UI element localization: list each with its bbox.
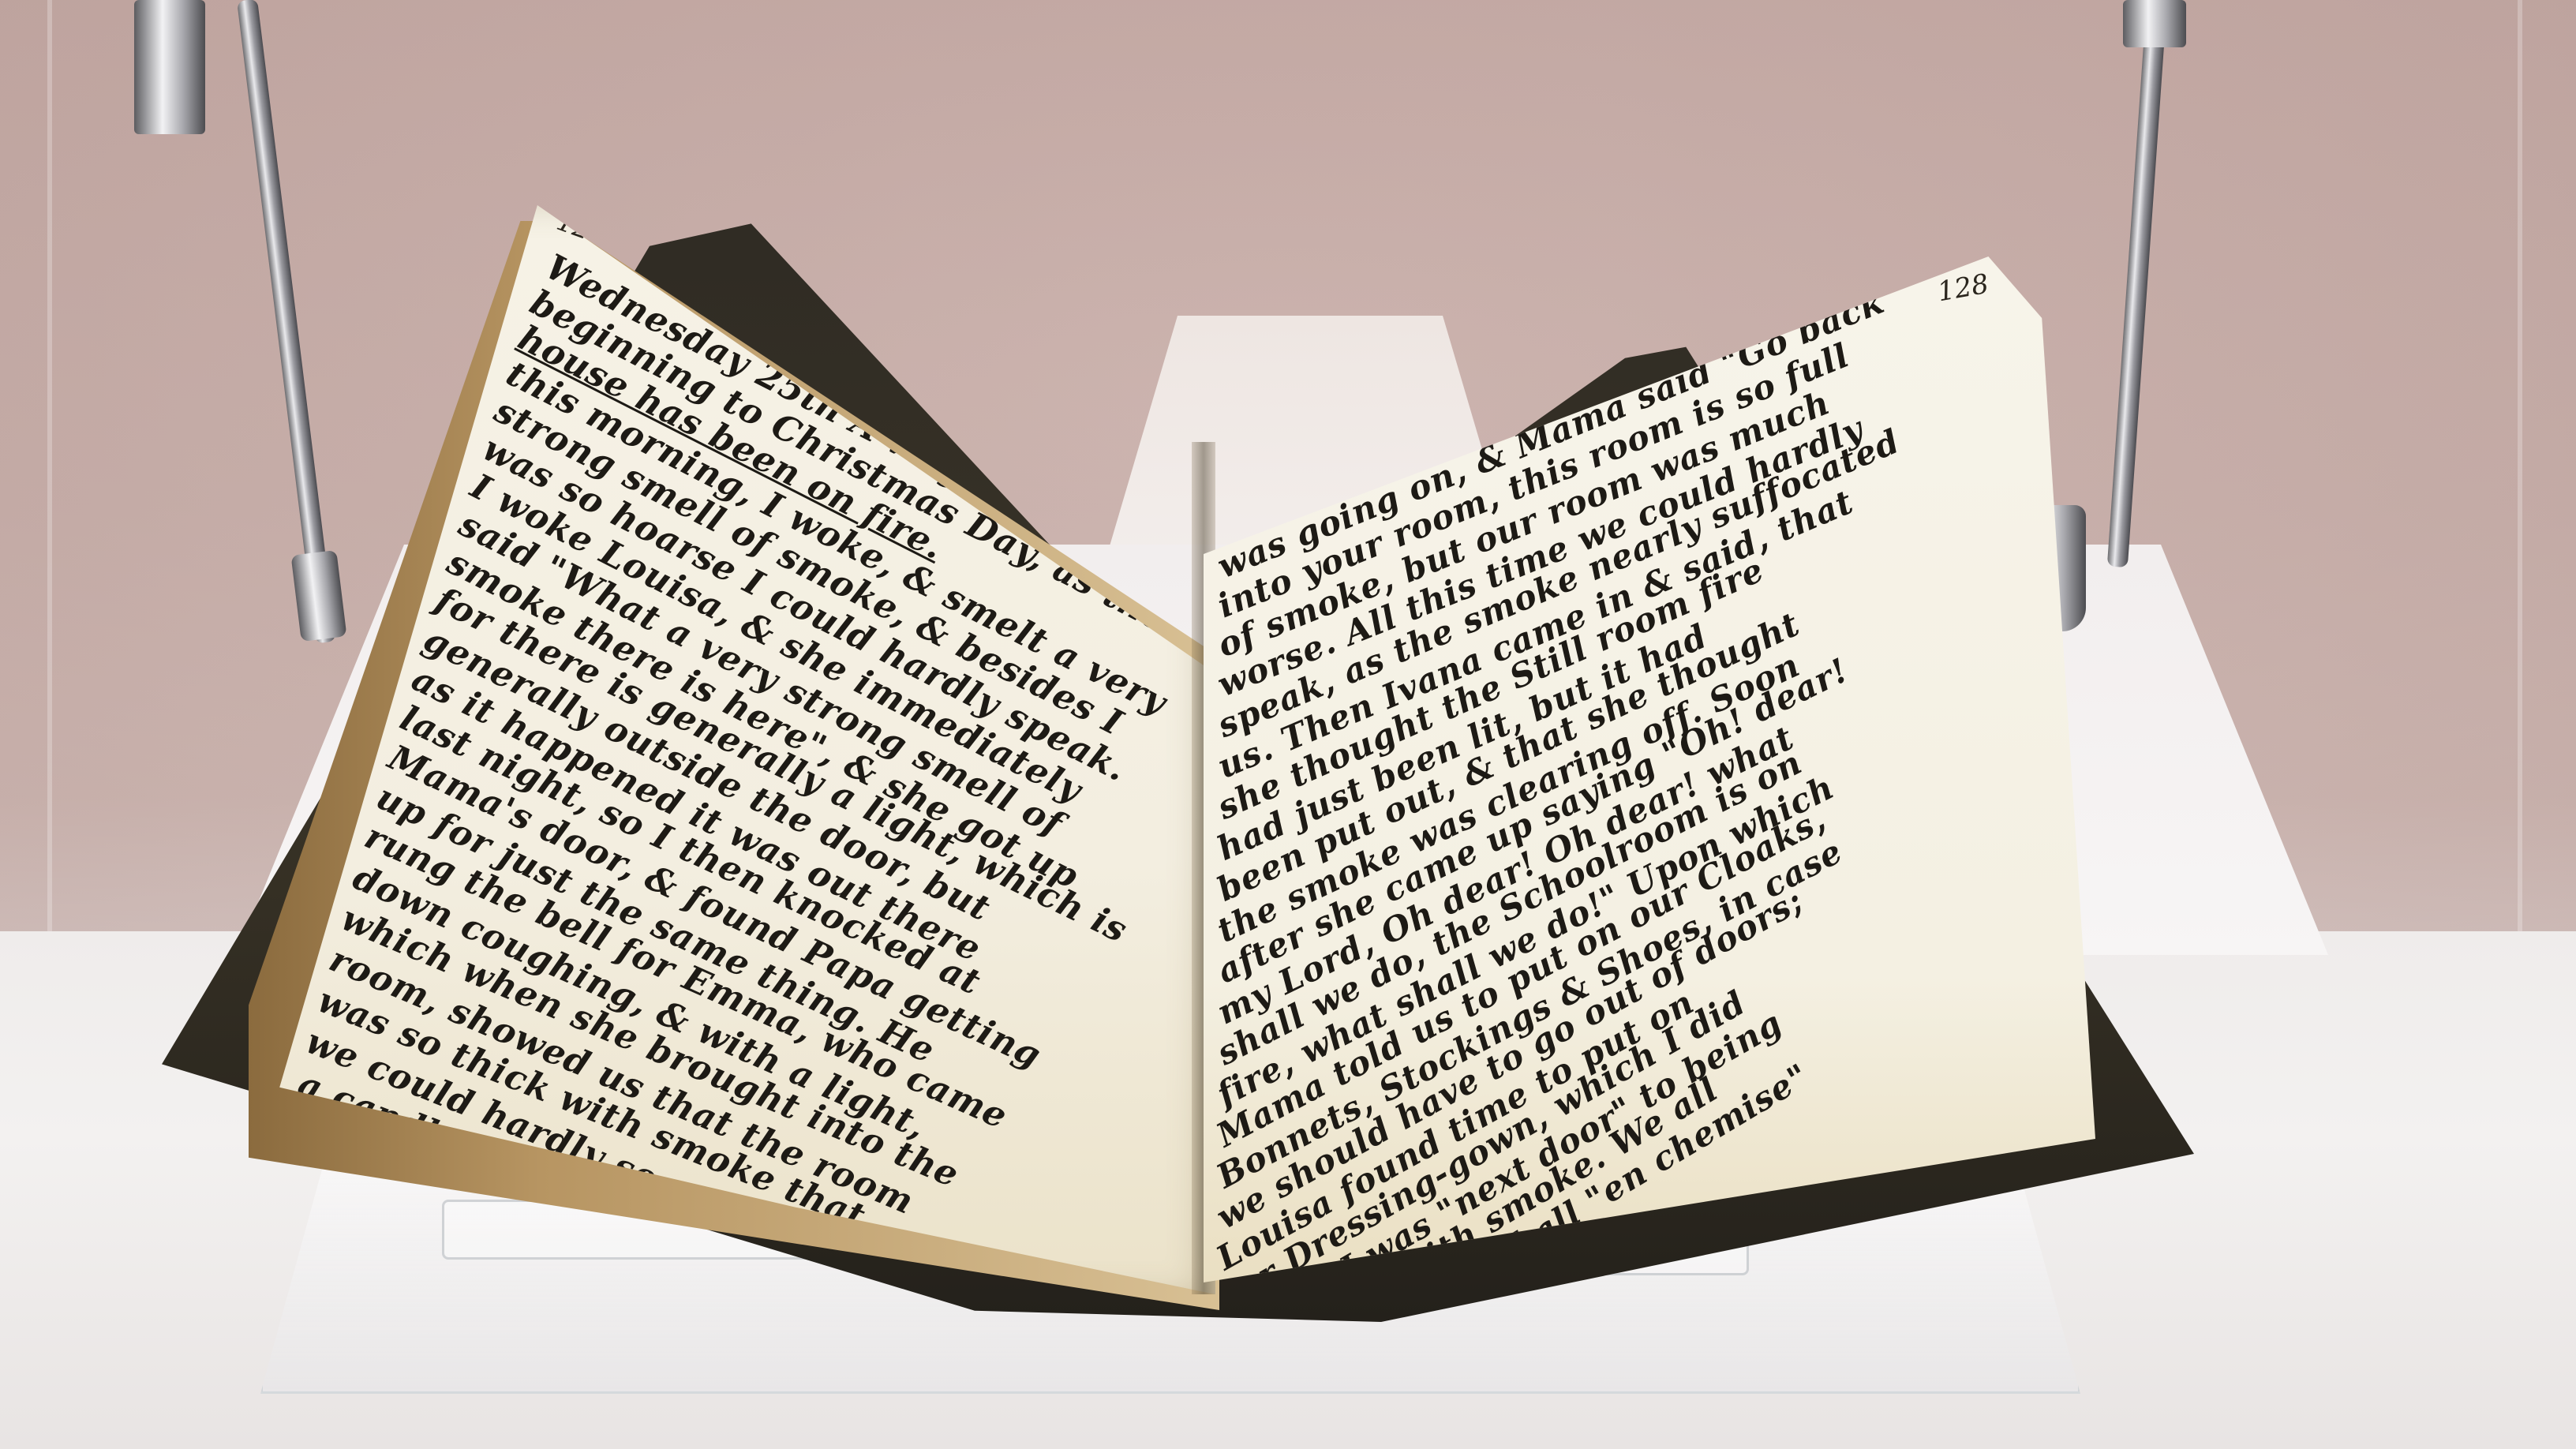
left-rod-top-clamp	[134, 0, 205, 134]
page-number-right: 128	[1935, 268, 1991, 309]
right-rod-top-clamp	[2123, 0, 2186, 47]
